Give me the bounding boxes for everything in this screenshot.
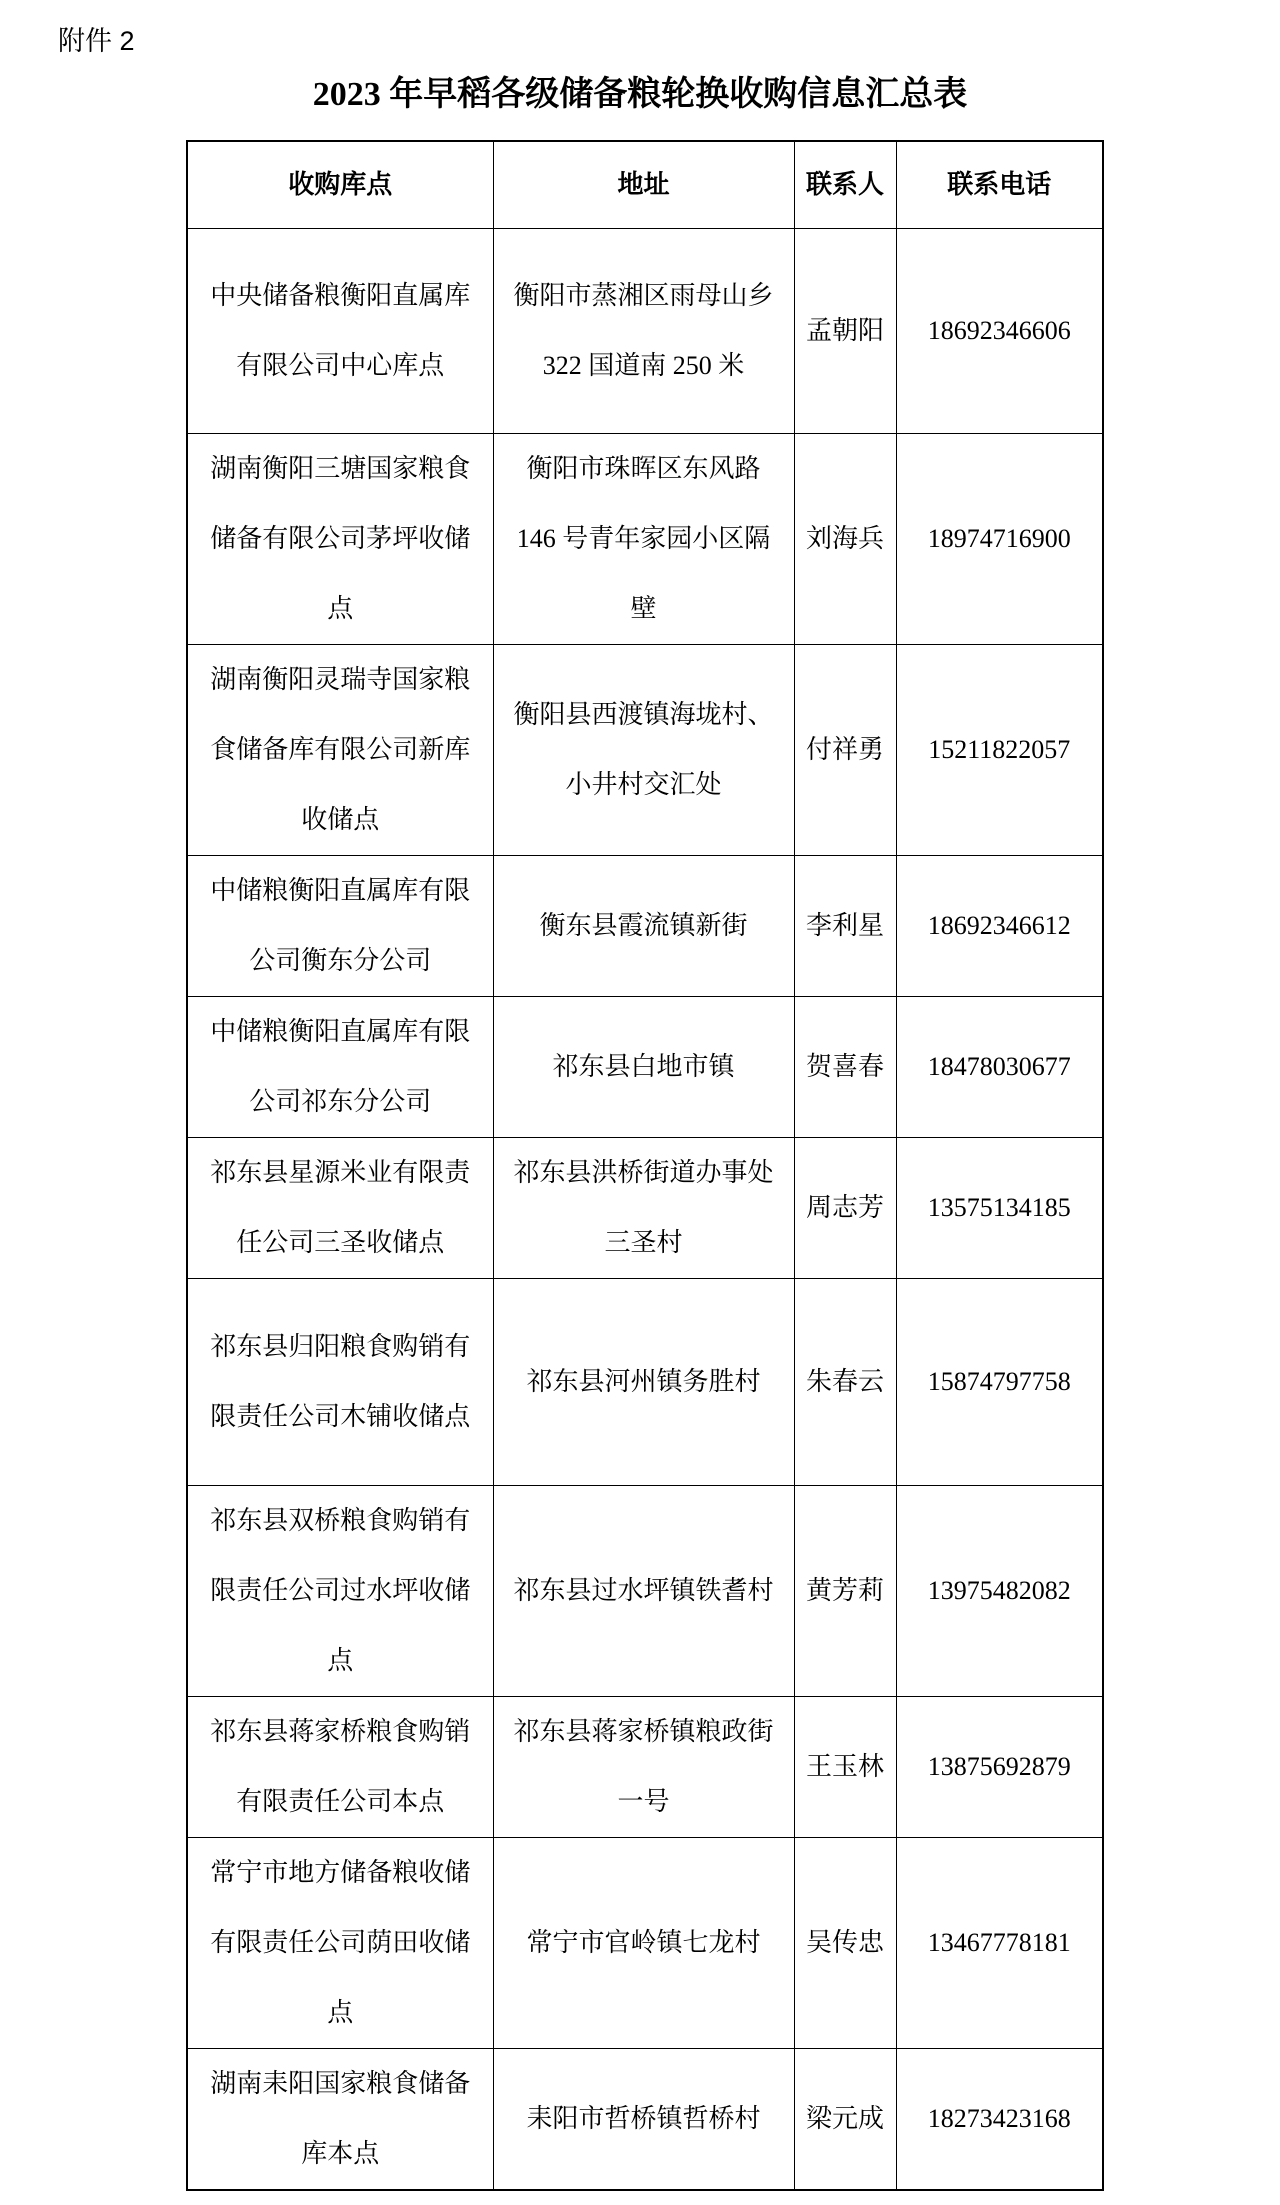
phone-cell: 15874797758	[896, 1279, 1103, 1486]
contact-cell: 吴传忠	[794, 1838, 896, 2049]
column-header-depot: 收购库点	[187, 141, 493, 229]
address-cell: 祁东县洪桥街道办事处 三圣村	[493, 1138, 794, 1279]
contact-cell: 王玉林	[794, 1697, 896, 1838]
depot-cell: 常宁市地方储备粮收储 有限责任公司荫田收储 点	[187, 1838, 493, 2049]
address-cell: 常宁市官岭镇七龙村	[493, 1838, 794, 2049]
contact-cell: 刘海兵	[794, 434, 896, 645]
table-row: 祁东县星源米业有限责 任公司三圣收储点祁东县洪桥街道办事处 三圣村周志芳1357…	[187, 1138, 1103, 1279]
address-cell: 祁东县白地市镇	[493, 997, 794, 1138]
depot-cell: 湖南耒阳国家粮食储备 库本点	[187, 2049, 493, 2191]
phone-cell: 18692346612	[896, 856, 1103, 997]
column-header-phone: 联系电话	[896, 141, 1103, 229]
attachment-label: 附件 2	[58, 24, 135, 59]
contact-cell: 付祥勇	[794, 645, 896, 856]
phone-cell: 18478030677	[896, 997, 1103, 1138]
column-header-contact: 联系人	[794, 141, 896, 229]
phone-cell: 18273423168	[896, 2049, 1103, 2191]
phone-cell: 13975482082	[896, 1486, 1103, 1697]
depot-cell: 湖南衡阳灵瑞寺国家粮 食储备库有限公司新库 收储点	[187, 645, 493, 856]
depot-cell: 中储粮衡阳直属库有限 公司祁东分公司	[187, 997, 493, 1138]
depot-cell: 中央储备粮衡阳直属库 有限公司中心库点	[187, 229, 493, 434]
address-cell: 祁东县过水坪镇铁耆村	[493, 1486, 794, 1697]
depot-cell: 湖南衡阳三塘国家粮食 储备有限公司茅坪收储 点	[187, 434, 493, 645]
table-row: 中央储备粮衡阳直属库 有限公司中心库点衡阳市蒸湘区雨母山乡 322 国道南 25…	[187, 229, 1103, 434]
depot-cell: 祁东县星源米业有限责 任公司三圣收储点	[187, 1138, 493, 1279]
address-cell: 祁东县河州镇务胜村	[493, 1279, 794, 1486]
contact-cell: 周志芳	[794, 1138, 896, 1279]
table-header-row: 收购库点 地址 联系人 联系电话	[187, 141, 1103, 229]
phone-cell: 13875692879	[896, 1697, 1103, 1838]
table-row: 湖南衡阳灵瑞寺国家粮 食储备库有限公司新库 收储点衡阳县西渡镇海垅村、 小井村交…	[187, 645, 1103, 856]
address-cell: 衡阳市珠晖区东风路 146 号青年家园小区隔 壁	[493, 434, 794, 645]
phone-cell: 15211822057	[896, 645, 1103, 856]
address-cell: 衡阳市蒸湘区雨母山乡 322 国道南 250 米	[493, 229, 794, 434]
column-header-address: 地址	[493, 141, 794, 229]
depot-cell: 祁东县双桥粮食购销有 限责任公司过水坪收储 点	[187, 1486, 493, 1697]
table-row: 祁东县归阳粮食购销有 限责任公司木铺收储点祁东县河州镇务胜村朱春云1587479…	[187, 1279, 1103, 1486]
depot-cell: 祁东县蒋家桥粮食购销 有限责任公司本点	[187, 1697, 493, 1838]
depot-cell: 祁东县归阳粮食购销有 限责任公司木铺收储点	[187, 1279, 493, 1486]
phone-cell: 18692346606	[896, 229, 1103, 434]
address-cell: 衡东县霞流镇新街	[493, 856, 794, 997]
document-page: 附件 2 2023 年早稻各级储备粮轮换收购信息汇总表 收购库点 地址 联系人 …	[0, 0, 1280, 2205]
table-row: 祁东县双桥粮食购销有 限责任公司过水坪收储 点祁东县过水坪镇铁耆村黄芳莉1397…	[187, 1486, 1103, 1697]
table-row: 湖南衡阳三塘国家粮食 储备有限公司茅坪收储 点衡阳市珠晖区东风路 146 号青年…	[187, 434, 1103, 645]
phone-cell: 13467778181	[896, 1838, 1103, 2049]
table-row: 湖南耒阳国家粮食储备 库本点耒阳市哲桥镇哲桥村梁元成18273423168	[187, 2049, 1103, 2191]
table-row: 中储粮衡阳直属库有限 公司祁东分公司祁东县白地市镇贺喜春18478030677	[187, 997, 1103, 1138]
depot-cell: 中储粮衡阳直属库有限 公司衡东分公司	[187, 856, 493, 997]
contact-cell: 梁元成	[794, 2049, 896, 2191]
contact-cell: 黄芳莉	[794, 1486, 896, 1697]
address-cell: 衡阳县西渡镇海垅村、 小井村交汇处	[493, 645, 794, 856]
address-cell: 祁东县蒋家桥镇粮政街 一号	[493, 1697, 794, 1838]
phone-cell: 18974716900	[896, 434, 1103, 645]
address-cell: 耒阳市哲桥镇哲桥村	[493, 2049, 794, 2191]
contact-cell: 朱春云	[794, 1279, 896, 1486]
table-row: 中储粮衡阳直属库有限 公司衡东分公司衡东县霞流镇新街李利星18692346612	[187, 856, 1103, 997]
contact-cell: 贺喜春	[794, 997, 896, 1138]
phone-cell: 13575134185	[896, 1138, 1103, 1279]
page-title: 2023 年早稻各级储备粮轮换收购信息汇总表	[0, 72, 1280, 118]
contact-cell: 孟朝阳	[794, 229, 896, 434]
table-row: 常宁市地方储备粮收储 有限责任公司荫田收储 点常宁市官岭镇七龙村吴传忠13467…	[187, 1838, 1103, 2049]
summary-table: 收购库点 地址 联系人 联系电话 中央储备粮衡阳直属库 有限公司中心库点衡阳市蒸…	[186, 140, 1104, 2191]
table-row: 祁东县蒋家桥粮食购销 有限责任公司本点祁东县蒋家桥镇粮政街 一号王玉林13875…	[187, 1697, 1103, 1838]
contact-cell: 李利星	[794, 856, 896, 997]
